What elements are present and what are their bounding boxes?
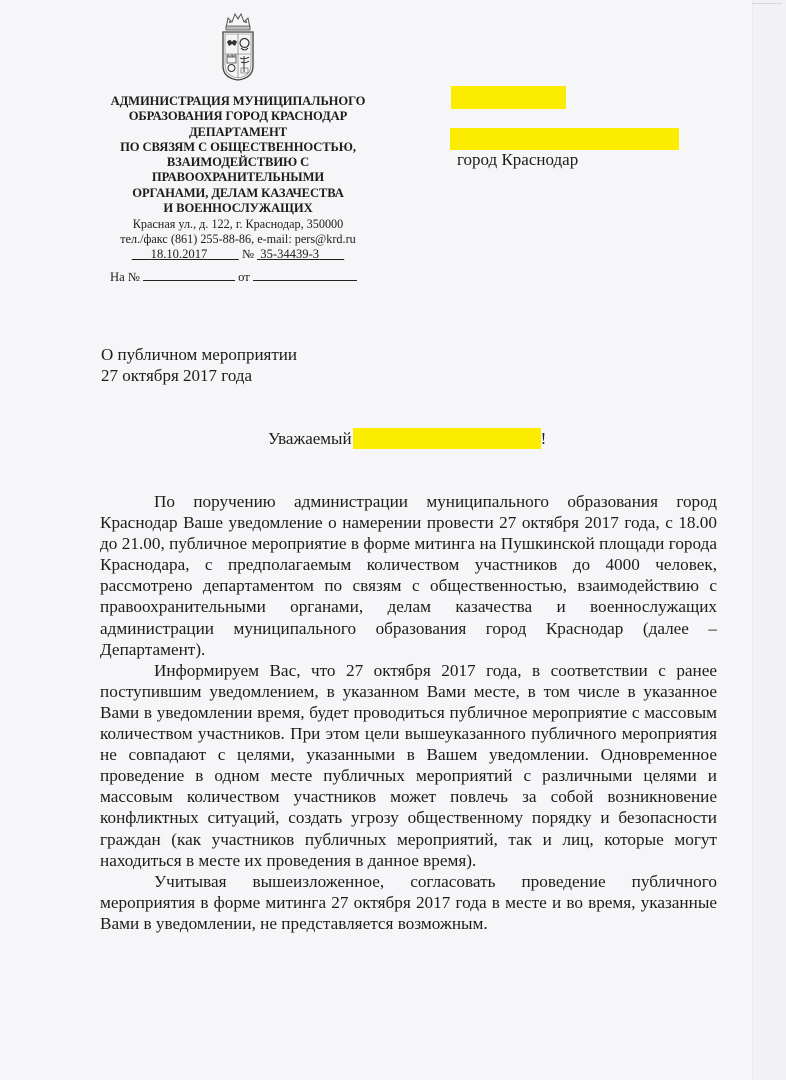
reply-reference-line: На № от (110, 270, 357, 285)
scan-edge-strip (752, 0, 786, 1080)
addressee-city: город Краснодар (457, 150, 578, 170)
org-name-line: ПО СВЯЗЯМ С ОБЩЕСТВЕННОСТЬЮ, (104, 140, 372, 155)
org-name-line: ОРГАНАМИ, ДЕЛАМ КАЗАЧЕСТВА (104, 186, 372, 201)
body-paragraph: Информируем Вас, что 27 октября 2017 год… (100, 660, 717, 871)
org-name-line: И ВОЕННОСЛУЖАЩИХ (104, 201, 372, 216)
body-paragraph: Учитывая вышеизложенное, согласовать про… (100, 871, 717, 934)
contact-info: тел./факс (861) 255-88-86, e-mail: pers@… (104, 232, 372, 247)
organization-address-block: Красная ул., д. 122, г. Краснодар, 35000… (104, 217, 372, 246)
letterhead: АДМИНИСТРАЦИЯ МУНИЦИПАЛЬНОГО ОБРАЗОВАНИЯ… (104, 10, 372, 262)
body-paragraph: По поручению администрации муниципальног… (100, 491, 717, 660)
addressee-redaction-2 (450, 128, 679, 150)
reply-date-blank (253, 270, 357, 281)
org-name-line: ОБРАЗОВАНИЯ ГОРОД КРАСНОДАР (104, 109, 372, 124)
letter-body: По поручению администрации муниципальног… (100, 491, 717, 934)
org-name-line: АДМИНИСТРАЦИЯ МУНИЦИПАЛЬНОГО (104, 94, 372, 109)
coat-of-arms-icon (220, 10, 256, 82)
registration-number: 35-34439-3 (257, 247, 344, 261)
reply-number-blank (143, 270, 235, 281)
postal-address: Красная ул., д. 122, г. Краснодар, 35000… (104, 217, 372, 232)
salutation: Уважаемый! (268, 428, 546, 450)
scan-edge-line (752, 3, 782, 4)
organization-name: АДМИНИСТРАЦИЯ МУНИЦИПАЛЬНОГО ОБРАЗОВАНИЯ… (104, 94, 372, 216)
addressee-redaction-1 (451, 86, 566, 109)
registration-date: 18.10.2017 (132, 247, 239, 261)
org-name-line: ВЗАИМОДЕЙСТВИЮ С (104, 155, 372, 170)
reply-from-label: от (238, 270, 250, 284)
subject-line-2: 27 октября 2017 года (101, 365, 297, 386)
registration-number-label: № (242, 247, 254, 261)
letter-subject: О публичном мероприятии 27 октября 2017 … (101, 344, 297, 386)
recipient-name-redaction (353, 428, 541, 449)
salutation-suffix: ! (541, 429, 547, 448)
reply-number-label: На № (110, 270, 140, 284)
org-name-line: ПРАВООХРАНИТЕЛЬНЫМИ (104, 170, 372, 185)
salutation-prefix: Уважаемый (268, 429, 352, 448)
org-name-line: ДЕПАРТАМЕНТ (104, 125, 372, 140)
registration-line: 18.10.2017 № 35-34439-3 (104, 246, 372, 262)
subject-line-1: О публичном мероприятии (101, 344, 297, 365)
